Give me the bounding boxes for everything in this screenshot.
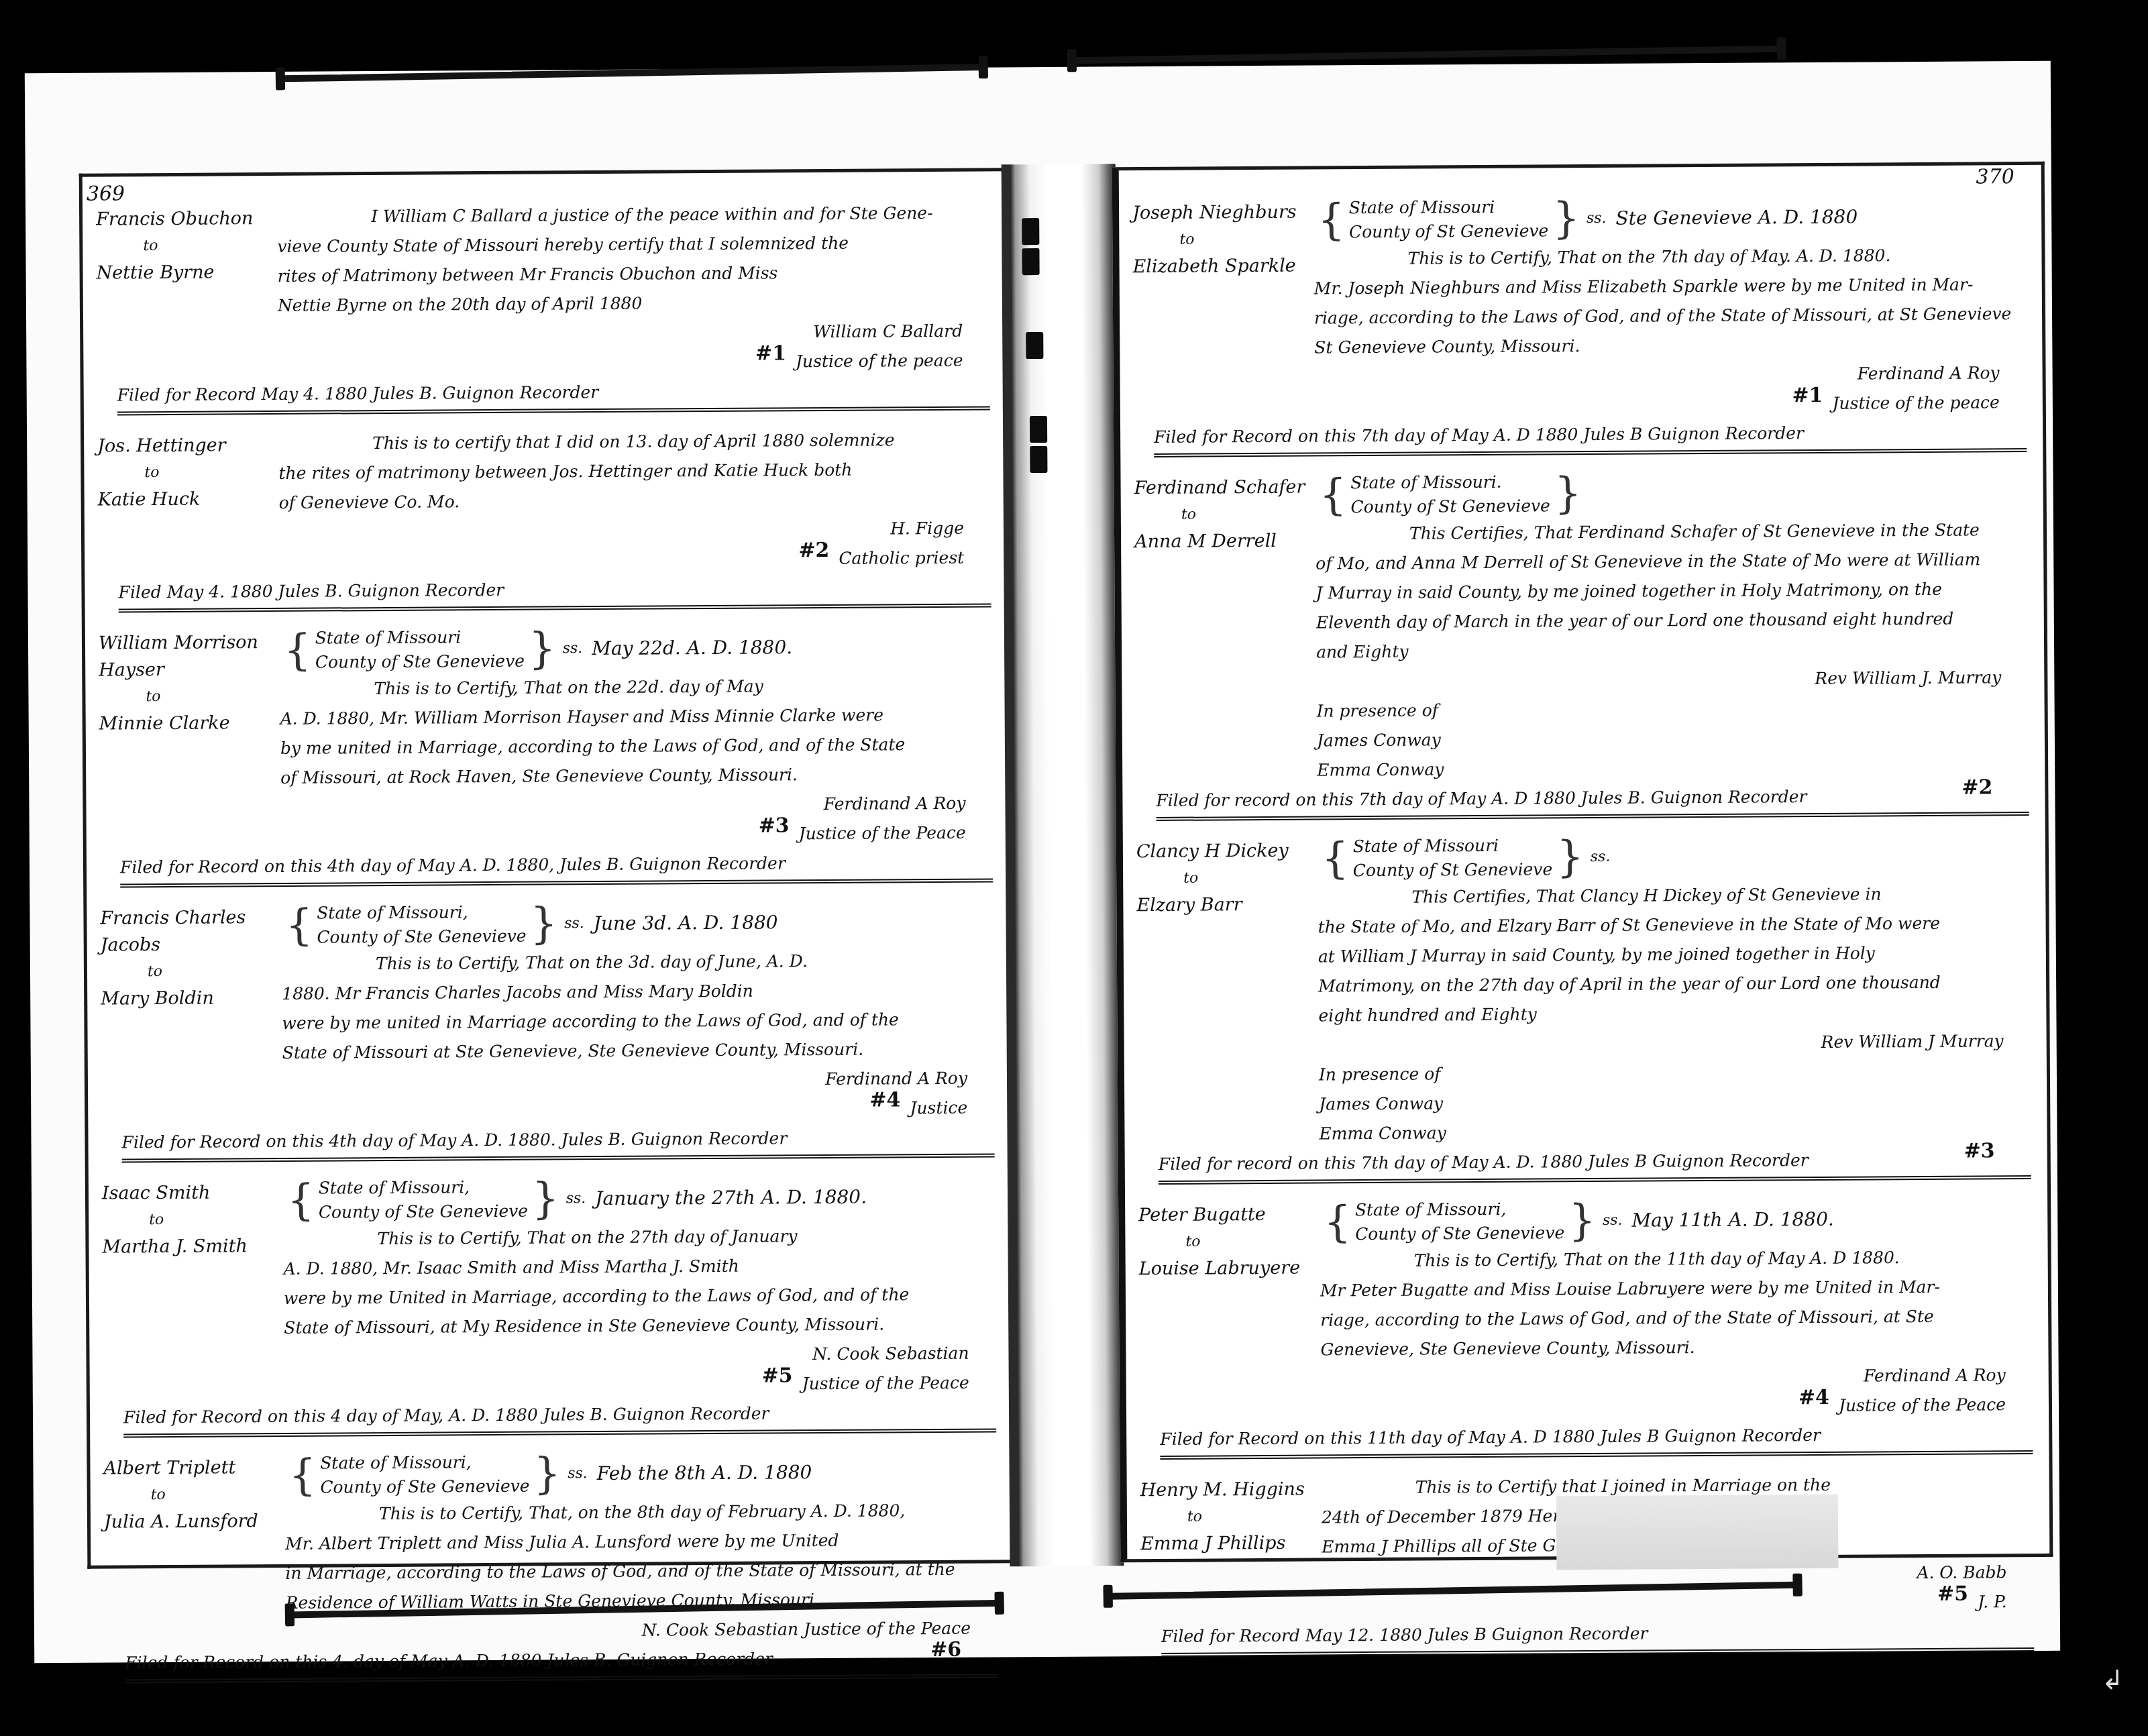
certificate-line: riage, according to the Laws of God, and… — [1314, 299, 2026, 333]
certificate-line: of Mo, and Anna M Derrell of St Geneviev… — [1315, 545, 2027, 578]
to-connector: to — [99, 683, 280, 711]
certificate-line: This Certifies, That Ferdinand Schafer o… — [1315, 515, 2027, 549]
left-page: 369 Francis Obuchon to Nettie Byrne I Wi… — [79, 168, 1014, 1568]
groom-name: Ferdinand Schafer — [1134, 474, 1315, 502]
certificate-line: Mr. Albert Triplett and Miss Julia A. Lu… — [285, 1525, 997, 1558]
groom-name: Francis Obuchon — [96, 205, 277, 233]
to-connector: to — [97, 459, 278, 487]
ss-mark: ss. — [1603, 1206, 1623, 1236]
couple-names: Francis Charles Jacobs to Mary Boldin — [100, 902, 282, 1013]
binding-gutter — [1002, 164, 1124, 1566]
venue-state: State of Missouri — [1352, 833, 1552, 859]
groom-name: William Morrison Hayser — [99, 629, 280, 684]
to-connector: to — [104, 1481, 285, 1509]
entry-number: #1 — [1792, 381, 1823, 411]
certificate-line: This is to Certify, That, on the 8th day… — [285, 1495, 997, 1529]
scan-corner-mark: ↲ — [2101, 1665, 2124, 1696]
certificate-line: Nettie Byrne on the 20th day of April 18… — [278, 286, 989, 320]
officiant-signature: H. Figge — [279, 513, 991, 547]
filed-for-record-line: Filed for Record on this 11th day of May… — [1160, 1419, 2033, 1460]
groom-name: Peter Bugatte — [1138, 1201, 1320, 1229]
venue-caption: { State of Missouri, County of Ste Genev… — [1320, 1194, 2031, 1246]
officiant-title: #2 Catholic priest — [279, 543, 991, 576]
groom-name: Joseph Nieghburs — [1132, 199, 1313, 227]
marriage-entry: Clancy H Dickey to Elzary Barr { State o… — [1136, 830, 2031, 1185]
filed-for-record-line: Filed for Record on this 4th day of May … — [121, 1122, 994, 1162]
venue-county: County of Ste Genevieve — [1355, 1221, 1564, 1246]
to-connector: to — [1134, 501, 1315, 529]
bride-name: Louise Labruyere — [1139, 1254, 1320, 1283]
couple-names: Henry M. Higgins to Emma J Phillips — [1140, 1473, 1322, 1558]
entry-date: January the 27th A. D. 1880. — [595, 1183, 867, 1213]
to-connector: to — [1132, 226, 1313, 254]
ss-mark: ss. — [1591, 843, 1611, 872]
bride-name: Elizabeth Sparkle — [1132, 253, 1313, 281]
couple-names: Clancy H Dickey to Elzary Barr — [1136, 834, 1318, 919]
groom-name: Francis Charles Jacobs — [100, 904, 281, 959]
venue-county: County of Ste Genevieve — [319, 1199, 528, 1225]
venue-caption: { State of Missouri, County of Ste Genev… — [281, 897, 993, 949]
certificate-line: State of Missouri, at My Residence in St… — [284, 1309, 996, 1342]
groom-name: Isaac Smith — [102, 1179, 283, 1207]
witness-name: Emma Conway — [1317, 751, 2029, 785]
filed-for-record-line: Filed for Record on this 4 day of May, A… — [123, 1397, 996, 1437]
certificate-line: Mr. Joseph Nieghburs and Miss Elizabeth … — [1314, 270, 2026, 303]
certificate-line: of Missouri, at Rock Haven, Ste Geneviev… — [280, 759, 992, 792]
couple-names: Peter Bugatte to Louise Labruyere — [1138, 1198, 1320, 1283]
witness-name: James Conway — [1317, 722, 2029, 755]
venue-caption: { State of Missouri County of St Genevie… — [1313, 192, 2025, 244]
ss-mark: ss. — [563, 634, 583, 663]
filed-for-record-line: Filed for Record May 4. 1880 Jules B. Gu… — [117, 375, 990, 415]
bride-name: Minnie Clarke — [99, 710, 280, 738]
officiant-signature: Ferdinand A Roy — [1321, 1360, 2033, 1394]
venue-state: State of Missouri, — [317, 900, 526, 926]
ss-mark: ss. — [568, 1459, 588, 1488]
venue-state: State of Missouri, — [319, 1175, 528, 1201]
entry-date: Ste Genevieve A. D. 1880 — [1615, 203, 1858, 233]
certificate-line: eight hundred and Eighty — [1318, 997, 2030, 1030]
certificate-line: This is to Certify, That on the 27th day… — [283, 1220, 995, 1254]
filed-for-record-line: Filed for record on this 7th day of May … — [1159, 1144, 2031, 1185]
to-connector: to — [101, 958, 282, 986]
entry-body: { State of Missouri County of St Genevie… — [1318, 830, 2031, 1183]
officiant-title: #3 Justice of the Peace — [281, 818, 993, 851]
officiant-signature: Ferdinand A Roy — [1314, 358, 2026, 392]
bride-name: Julia A. Lunsford — [104, 1508, 285, 1536]
binding-tab — [1022, 248, 1039, 275]
venue-state: State of Missouri, — [1355, 1197, 1564, 1222]
entry-body: { State of Missouri, County of Ste Genev… — [281, 897, 994, 1161]
certificate-line: Residence of William Watts in Ste Genevi… — [286, 1584, 998, 1617]
entry-body: This is to certify that I did on 13. day… — [278, 425, 991, 611]
couple-names: Ferdinand Schafer to Anna M Derrell — [1134, 472, 1315, 556]
certificate-line: Eleventh day of March in the year of our… — [1316, 604, 2028, 637]
certificate-line: I William C Ballard a justice of the pea… — [277, 198, 989, 231]
entry-number: #5 — [1937, 1580, 1968, 1609]
to-connector: to — [1136, 864, 1318, 892]
bride-name: Katie Huck — [98, 486, 279, 514]
entry-number: #3 — [758, 811, 789, 840]
entry-body: { State of Missouri County of St Genevie… — [1313, 192, 2027, 456]
certificate-line: State of Missouri at Ste Genevieve, Ste … — [282, 1034, 994, 1067]
entry-body: { State of Missouri, County of Ste Genev… — [1320, 1194, 2033, 1458]
officiant-signature: Rev William J Murray — [1319, 1026, 2031, 1060]
entry-number: #1 — [755, 339, 786, 368]
binding-tab — [1022, 218, 1039, 245]
venue-county: County of St Genevieve — [1353, 857, 1553, 883]
groom-name: Jos. Hettinger — [97, 432, 278, 460]
filed-for-record-line: Filed for Record on this 4th day of May … — [120, 847, 993, 887]
filed-for-record-line: Filed for Record May 12. 1880 Jules B Gu… — [1161, 1617, 2034, 1657]
certificate-line: A. D. 1880, Mr. Isaac Smith and Miss Mar… — [284, 1250, 996, 1283]
entry-list: Francis Obuchon to Nettie Byrne I Willia… — [96, 198, 998, 1698]
venue-caption: { State of Missouri. County of St Genevi… — [1315, 467, 2027, 519]
couple-names: Albert Triplett to Julia A. Lunsford — [103, 1452, 285, 1536]
certificate-line: in Marriage, according to the Laws of Go… — [285, 1554, 997, 1588]
entry-number: #3 — [1964, 1136, 1995, 1166]
venue-caption: { State of Missouri County of Ste Genevi… — [280, 622, 991, 674]
marriage-entry: Jos. Hettinger to Katie Huck This is to … — [97, 425, 991, 612]
certificate-line: This is to Certify, That on the 22d. day… — [280, 670, 991, 704]
officiant-title: #1 Justice of the peace — [278, 345, 989, 379]
bride-name: Martha J. Smith — [102, 1233, 283, 1261]
certificate-line: rites of Matrimony between Mr Francis Ob… — [278, 257, 989, 290]
bride-name: Elzary Barr — [1136, 891, 1318, 919]
venue-state: State of Missouri — [315, 625, 525, 651]
certificate-line: J Murray in said County, by me joined to… — [1315, 574, 2027, 608]
couple-names: Joseph Nieghburs to Elizabeth Sparkle — [1132, 197, 1314, 281]
entry-date: June 3d. A. D. 1880 — [594, 908, 778, 938]
ss-mark: ss. — [1587, 204, 1607, 233]
folio-number: 370 — [1976, 165, 2014, 188]
officiant-title: #5 J. P. — [1322, 1587, 2034, 1621]
couple-names: Francis Obuchon to Nettie Byrne — [96, 203, 278, 287]
venue-caption: { State of Missouri County of St Genevie… — [1318, 830, 2029, 883]
certificate-line: riage, according to the Laws of God, and… — [1320, 1301, 2032, 1335]
binding-tab — [1030, 416, 1047, 443]
certificate-line: This is to Certify, That on the 11th day… — [1320, 1242, 2032, 1276]
marriage-entry: William Morrison Hayser to Minnie Clarke… — [99, 622, 993, 887]
entry-date: May 11th A. D. 1880. — [1631, 1205, 1834, 1236]
venue-state: State of Missouri — [1349, 195, 1549, 220]
certificate-line: the State of Mo, and Elzary Barr of St G… — [1318, 908, 2029, 942]
venue-county: County of Ste Genevieve — [320, 1474, 529, 1500]
venue-caption: { State of Missouri, County of Ste Genev… — [283, 1172, 995, 1224]
certificate-line: were by me United in Marriage, according… — [284, 1279, 996, 1313]
bride-name: Nettie Byrne — [96, 259, 277, 287]
entry-body: I William C Ballard a justice of the pea… — [277, 198, 990, 414]
marriage-entry: Peter Bugatte to Louise Labruyere { Stat… — [1138, 1194, 2033, 1460]
bride-name: Emma J Phillips — [1140, 1529, 1322, 1558]
certificate-line: This is to Certify, That on the 3d. day … — [282, 945, 994, 979]
certificate-line: by me united in Marriage, according to t… — [280, 729, 992, 763]
witness-label: In presence of — [1319, 1056, 2031, 1089]
certificate-line: This is to certify that I did on 13. day… — [278, 425, 990, 458]
officiant-title: #4 Justice — [282, 1093, 994, 1126]
officiant-signature: N. Cook Sebastian — [284, 1338, 996, 1372]
venue-county: County of St Genevieve — [1349, 219, 1549, 244]
crop-mark-top-left — [280, 64, 984, 82]
binding-tab — [1026, 332, 1043, 359]
entry-date: Feb the 8th A. D. 1880 — [597, 1458, 812, 1488]
folio-number: 369 — [87, 182, 125, 205]
couple-names: Isaac Smith to Martha J. Smith — [102, 1177, 284, 1261]
venue-caption: { State of Missouri, County of Ste Genev… — [284, 1447, 996, 1499]
marriage-entry: Francis Obuchon to Nettie Byrne I Willia… — [96, 198, 990, 415]
entry-number: #5 — [761, 1361, 792, 1391]
entry-number: #2 — [798, 536, 829, 565]
officiant-title: #1 Justice of the peace — [1315, 388, 2027, 421]
bride-name: Mary Boldin — [101, 985, 282, 1013]
entry-body: { State of Missouri, County of Ste Genev… — [283, 1172, 996, 1436]
filed-for-record-line: Filed May 4. 1880 Jules B. Guignon Recor… — [118, 572, 991, 612]
certificate-line: Matrimony, on the 27th day of April in t… — [1318, 967, 2030, 1001]
filed-for-record-line: Filed for Record on this 7th day of May … — [1154, 417, 2027, 457]
venue-county: County of Ste Genevieve — [317, 924, 526, 950]
marriage-entry: Albert Triplett to Julia A. Lunsford { S… — [103, 1447, 998, 1683]
officiant-title: #5 Justice of the Peace — [284, 1368, 996, 1401]
certificate-line: St Genevieve County, Missouri. — [1314, 329, 2026, 362]
entry-number: #6 — [930, 1635, 961, 1665]
entry-number: #4 — [869, 1085, 900, 1115]
entry-number: #2 — [1962, 773, 1992, 802]
to-connector: to — [1140, 1503, 1322, 1531]
entry-number: #4 — [1798, 1383, 1829, 1413]
certificate-line: Mr Peter Bugatte and Miss Louise Labruye… — [1320, 1272, 2032, 1305]
groom-name: Albert Triplett — [103, 1454, 284, 1482]
filed-for-record-line: Filed for Record on this 4. day of May A… — [125, 1643, 998, 1683]
certificate-line: the rites of matrimony between Jos. Hett… — [278, 454, 990, 488]
certificate-line: This is to Certify, That on the 7th day … — [1313, 240, 2025, 274]
certificate-line: were by me united in Marriage according … — [282, 1004, 994, 1038]
binding-tab — [1030, 446, 1047, 473]
witness-name: Emma Conway — [1319, 1115, 2031, 1148]
to-connector: to — [102, 1206, 283, 1234]
venue-state: State of Missouri, — [320, 1450, 529, 1476]
filed-for-record-line: Filed for record on this 7th day of May … — [1156, 781, 2029, 821]
certificate-line: This Certifies, That Clancy H Dickey of … — [1318, 879, 2029, 912]
marriage-entry: Francis Charles Jacobs to Mary Boldin { … — [100, 897, 994, 1162]
bride-name: Anna M Derrell — [1134, 528, 1315, 556]
certificate-line: 1880. Mr Francis Charles Jacobs and Miss… — [282, 975, 994, 1008]
crop-mark-top-right — [1071, 46, 1782, 64]
microfilm-frame: 369 Francis Obuchon to Nettie Byrne I Wi… — [25, 61, 2060, 1663]
redaction-patch — [1556, 1495, 1839, 1570]
certificate-line: vieve County State of Missouri hereby ce… — [277, 227, 989, 261]
groom-name: Henry M. Higgins — [1140, 1476, 1322, 1504]
certificate-line: at William J Murray in said County, by m… — [1318, 938, 2030, 971]
ss-mark: ss. — [566, 1184, 586, 1213]
venue-county: County of Ste Genevieve — [315, 649, 525, 675]
officiant-signature: Rev William J. Murray — [1316, 663, 2028, 696]
groom-name: Clancy H Dickey — [1136, 837, 1318, 865]
officiant-signature: N. Cook Sebastian Justice of the Peace — [286, 1613, 998, 1647]
entry-body: { State of Missouri County of Ste Genevi… — [280, 622, 993, 886]
certificate-line: and Eighty — [1316, 633, 2028, 667]
marriage-entry: Ferdinand Schafer to Anna M Derrell { St… — [1134, 467, 2029, 821]
to-connector: to — [96, 232, 277, 260]
entry-body: { State of Missouri, County of Ste Genev… — [284, 1447, 998, 1682]
entry-list: Joseph Nieghburs to Elizabeth Sparkle { … — [1132, 192, 2034, 1672]
right-page: 370 Joseph Nieghburs to Elizabeth Sparkl… — [1112, 162, 2053, 1562]
officiant-title: #4 Justice of the Peace — [1321, 1390, 2033, 1423]
certificate-line: A. D. 1880, Mr. William Morrison Hayser … — [280, 700, 992, 733]
certificate-line: Genevieve, Ste Genevieve County, Missour… — [1320, 1331, 2032, 1364]
couple-names: Jos. Hettinger to Katie Huck — [97, 429, 279, 514]
witness-name: James Conway — [1319, 1085, 2031, 1119]
entry-date: May 22d. A. D. 1880. — [592, 633, 792, 663]
venue-county: County of St Genevieve — [1350, 494, 1550, 519]
entry-body: { State of Missouri. County of St Genevi… — [1315, 467, 2029, 820]
ss-mark: ss. — [564, 909, 584, 938]
certificate-line: of Genevieve Co. Mo. — [279, 484, 991, 517]
venue-state: State of Missouri. — [1350, 470, 1550, 495]
witness-label: In presence of — [1317, 692, 2029, 726]
officiant-signature: William C Ballard — [278, 316, 989, 349]
officiant-signature: Ferdinand A Roy — [280, 788, 992, 822]
to-connector: to — [1138, 1228, 1320, 1256]
marriage-entry: Isaac Smith to Martha J. Smith { State o… — [102, 1172, 996, 1437]
marriage-entry: Joseph Nieghburs to Elizabeth Sparkle { … — [1132, 192, 2027, 457]
couple-names: William Morrison Hayser to Minnie Clarke — [99, 627, 280, 738]
